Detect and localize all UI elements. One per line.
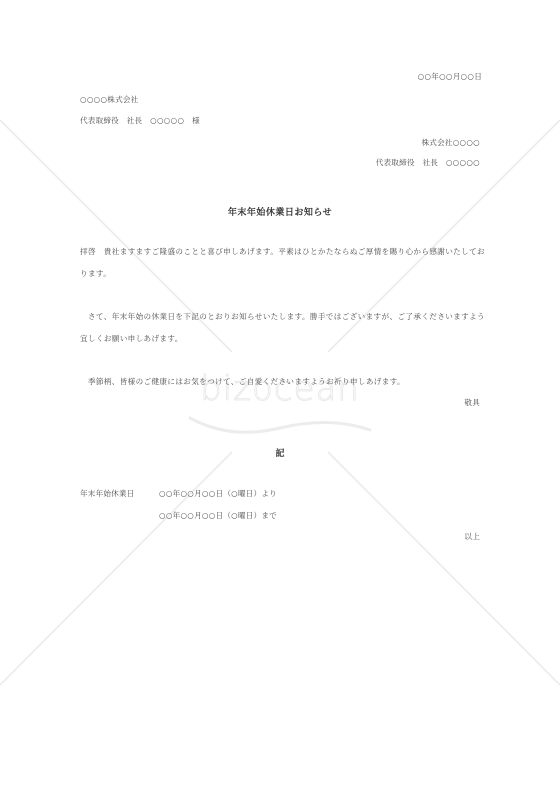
closing-paragraph: 季節柄、皆様のご健康にはお気をつけて、ご自愛くださいますようお祈り申しあげます。 bbox=[80, 371, 485, 393]
holiday-from: ○○年○○月○○日（○曜日）より bbox=[159, 489, 277, 499]
holiday-label: 年末年始休業日 bbox=[80, 489, 135, 499]
closing-keigu: 敬具 bbox=[464, 398, 480, 408]
recipient-title: 代表取締役 社長 ○○○○○ 様 bbox=[80, 116, 200, 126]
document-page: bizocean ○○年○○月○○日 ○○○○株式会社 代表取締役 社長 ○○○… bbox=[0, 0, 560, 800]
document-date: ○○年○○月○○日 bbox=[418, 72, 482, 82]
sender-company: 株式会社○○○○ bbox=[422, 138, 480, 148]
sender-title: 代表取締役 社長 ○○○○○ bbox=[376, 158, 480, 168]
document-title: 年末年始休業日お知らせ bbox=[0, 205, 560, 218]
holiday-to: ○○年○○月○○日（○曜日）まで bbox=[159, 511, 277, 521]
ki-heading: 記 bbox=[0, 446, 560, 459]
end-mark: 以上 bbox=[464, 532, 480, 542]
notice-paragraph: さて、年末年始の休業日を下記のとおりお知らせいたします。勝手ではございますが、ご… bbox=[80, 306, 485, 350]
greeting-paragraph: 拝啓 貴社ますますご隆盛のことと喜び申しあげます。平素はひとかたならぬご厚情を賜… bbox=[80, 241, 485, 285]
recipient-company: ○○○○株式会社 bbox=[80, 95, 138, 105]
